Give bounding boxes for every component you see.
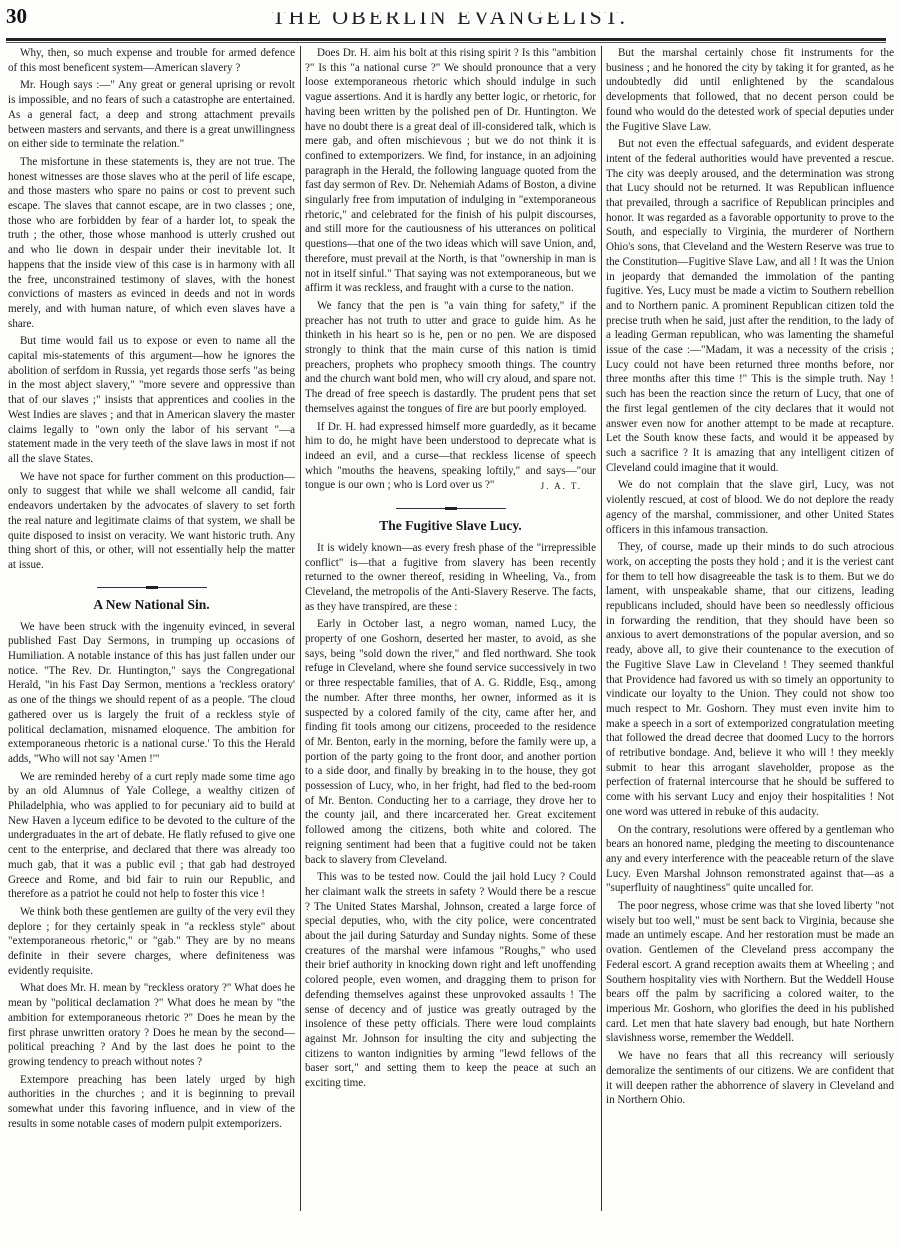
paragraph: This was to be tested now. Could the jai… [305,870,596,1091]
columns: Why, then, so much expense and trouble f… [8,46,896,1241]
article-heading: The Fugitive Slave Lucy. [305,517,596,535]
masthead-rule [6,38,886,41]
masthead-rule-thin [6,42,886,43]
paragraph: They, of course, made up their minds to … [606,540,894,819]
column-2: Does Dr. H. aim his bolt at this rising … [305,46,596,1241]
column-3: But the marshal certainly chose fit inst… [606,46,894,1241]
newspaper-title: THE OBERLIN EVANGELIST. [0,4,900,30]
paragraph: We are reminded hereby of a curt reply m… [8,770,295,902]
paragraph: We do not complain that the slave girl, … [606,478,894,537]
paragraph: But the marshal certainly chose fit inst… [606,46,894,134]
section-divider [396,508,506,509]
paragraph: The misfortune in these statements is, t… [8,155,295,331]
paragraph: But not even the effectual safeguards, a… [606,137,894,475]
paragraph: Does Dr. H. aim his bolt at this rising … [305,46,596,296]
paragraph: Mr. Hough says :—" Any great or general … [8,78,295,152]
paragraph: It is widely known—as every fresh phase … [305,541,596,615]
masthead: 30 THE OBERLIN EVANGELIST. [0,4,900,28]
paragraph: We have no fears that all this recreancy… [606,1049,894,1108]
paragraph: We think both these gentlemen are guilty… [8,905,295,979]
paragraph: We have not space for further comment on… [8,470,295,573]
column-divider [601,46,602,1211]
column-divider [300,46,301,1211]
paragraph: Extempore preaching has been lately urge… [8,1073,295,1132]
paragraph: We have been struck with the ingenuity e… [8,620,295,767]
paragraph: On the contrary, resolutions were offere… [606,823,894,897]
paragraph: What does Mr. H. mean by "reckless orato… [8,981,295,1069]
paragraph: Why, then, so much expense and trouble f… [8,46,295,75]
paragraph: Early in October last, a negro woman, na… [305,617,596,867]
section-divider [97,587,207,588]
newspaper-page: 30 THE OBERLIN EVANGELIST. Why, then, so… [0,0,900,1248]
article-heading: A New National Sin. [8,596,295,614]
paragraph: We fancy that the pen is "a vain thing f… [305,299,596,417]
column-1: Why, then, so much expense and trouble f… [8,46,295,1241]
paragraph: The poor negress, whose crime was that s… [606,899,894,1046]
paragraph: But time would fail us to expose or even… [8,334,295,466]
